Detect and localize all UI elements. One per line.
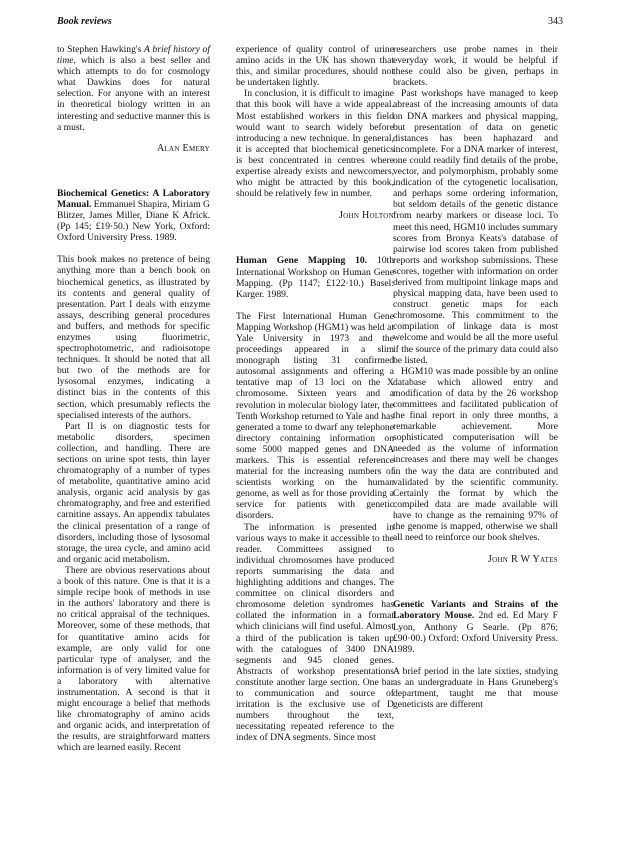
review-paragraph: HGM10 was made possible by an online dat…	[393, 366, 558, 544]
spacer	[393, 543, 558, 554]
review-paragraph: A brief period in the late sixties, stud…	[393, 666, 558, 710]
text-run: , which is also a best seller and which …	[57, 55, 210, 133]
column-3: researchers use probe names in their eve…	[393, 44, 558, 710]
review-paragraph: The information is presented in various …	[236, 522, 394, 744]
page-number: 343	[548, 16, 563, 27]
spacer	[236, 199, 394, 210]
review-paragraph: Past workshops have managed to keep abre…	[393, 88, 558, 365]
running-head: Book reviews	[57, 16, 557, 27]
reviewer-signature: John Holton	[236, 210, 394, 221]
review-citation: Human Gene Mapping 10. 10th Internationa…	[236, 255, 394, 299]
spacer	[57, 243, 210, 254]
reviewer-signature: John R W Yates	[393, 554, 558, 565]
text-run: to Stephen Hawking's	[57, 44, 144, 55]
review-paragraph: This book makes no pretence of being any…	[57, 254, 210, 420]
reviewer-signature: Alan Emery	[57, 143, 210, 154]
review-paragraph: There are obvious reservations about a b…	[57, 565, 210, 754]
review-paragraph: In conclusion, it is difficult to imagin…	[236, 88, 394, 199]
spacer	[236, 300, 394, 311]
review-paragraph: experience of quality control of urine a…	[236, 44, 394, 88]
spacer	[236, 221, 394, 255]
review-paragraph: The First International Human Gene Mappi…	[236, 311, 394, 522]
spacer	[393, 655, 558, 666]
spacer	[57, 133, 210, 143]
review-paragraph: to Stephen Hawking's A brief history of …	[57, 44, 210, 133]
review-paragraph: researchers use probe names in their eve…	[393, 44, 558, 88]
review-citation: Biochemical Genetics: A Laboratory Manua…	[57, 188, 210, 243]
book-title: Human Gene Mapping 10.	[236, 255, 367, 266]
column-1: to Stephen Hawking's A brief history of …	[57, 44, 210, 754]
review-citation: Genetic Variants and Strains of the Labo…	[393, 599, 558, 654]
review-paragraph: Part II is on diagnostic tests for metab…	[57, 421, 210, 565]
column-2: experience of quality control of urine a…	[236, 44, 394, 743]
spacer	[57, 154, 210, 188]
spacer	[393, 565, 558, 599]
